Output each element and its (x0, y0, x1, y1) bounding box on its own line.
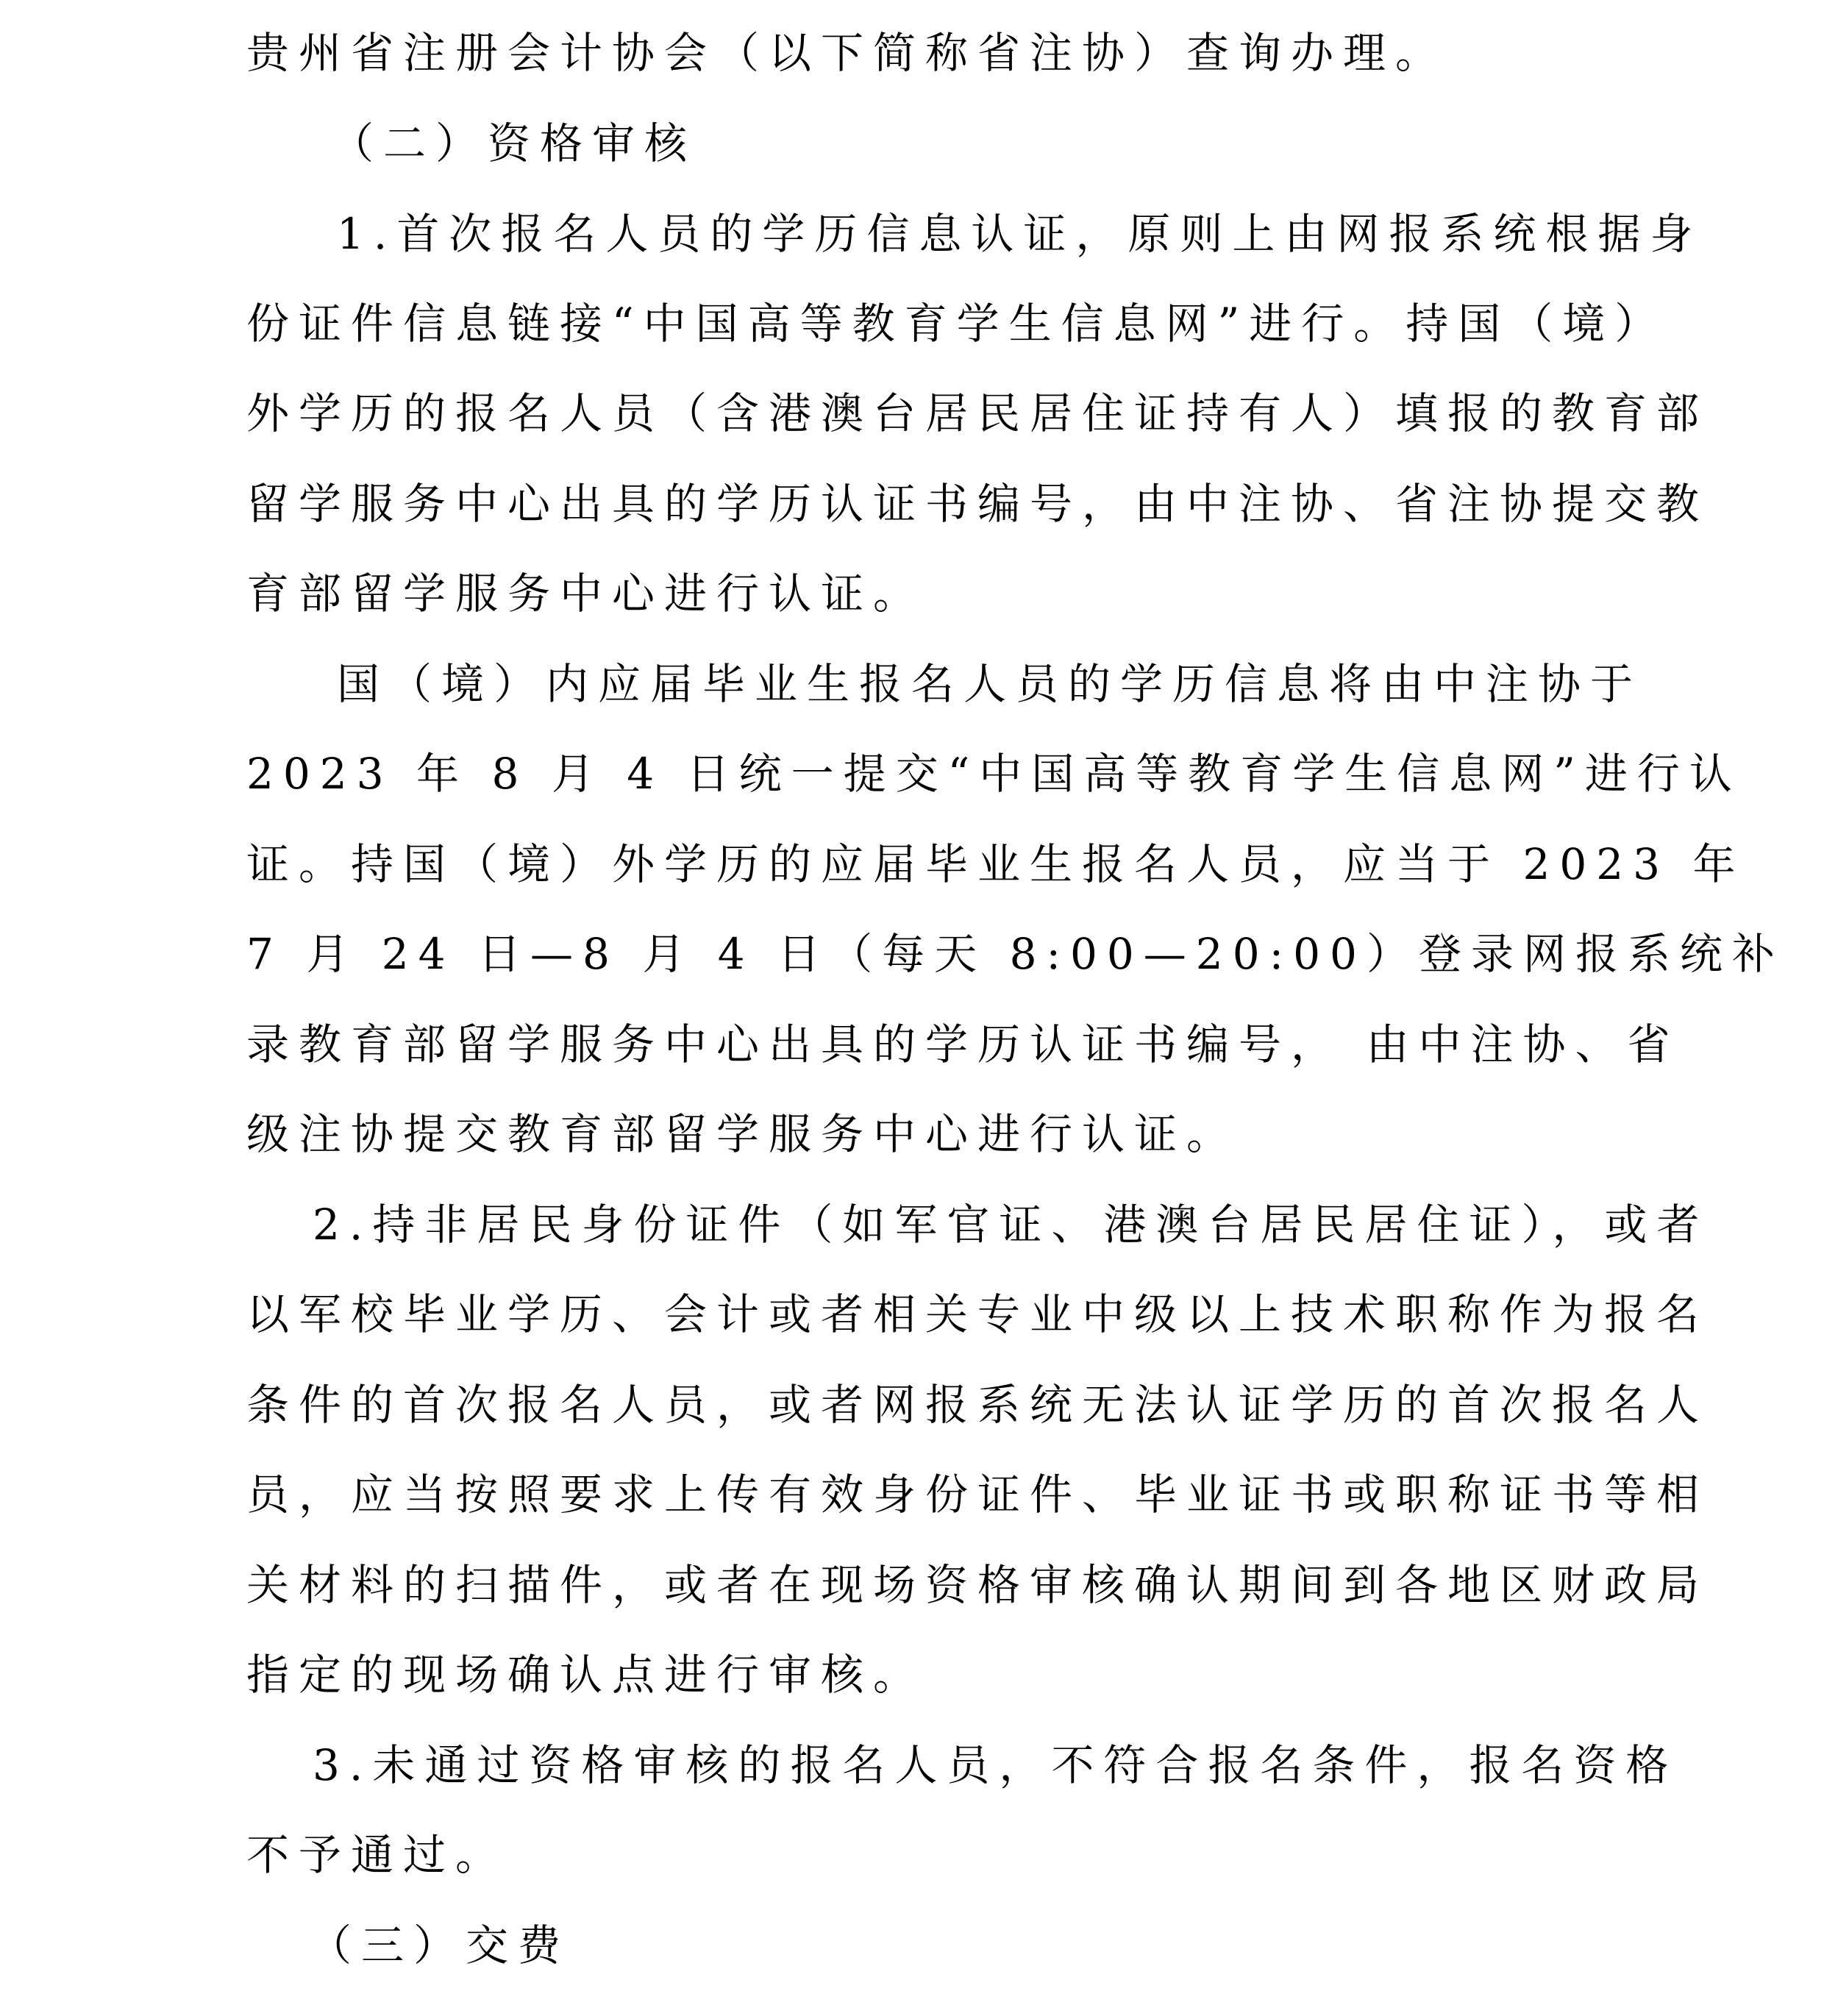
item-1-line-5: 育部留学服务中心进行认证。 (246, 557, 1596, 630)
graduates-para-line-4: 7 月 24 日—8 月 4 日（每天 8:00—20:00）登录网报系统补 (246, 917, 1596, 991)
section-heading-payment: （三）交费 (309, 1909, 1659, 1982)
graduates-para-line-5: 录教育部留学服务中心出具的学历认证书编号， 由中注协、省 (246, 1008, 1596, 1081)
item-3-line-2: 不予通过。 (246, 1818, 1596, 1892)
graduates-para-line-1: 国（境）内应届毕业生报名人员的学历信息将由中注协于 (337, 647, 1596, 721)
item-2-line-3: 条件的首次报名人员，或者网报系统无法认证学历的首次报名人 (246, 1368, 1596, 1442)
graduates-para-line-3: 证。持国（境）外学历的应届毕业生报名人员，应当于 2023 年 (246, 827, 1596, 901)
item-1-line-1: 1.首次报名人员的学历信息认证，原则上由网报系统根据身 (337, 197, 1596, 271)
item-3-line-1: 3.未通过资格审核的报名人员，不符合报名条件，报名资格 (313, 1728, 1596, 1802)
graduates-para-line-2: 2023 年 8 月 4 日统一提交“中国高等教育学生信息网”进行认 (246, 737, 1596, 811)
item-1-line-3: 外学历的报名人员（含港澳台居民居住证持有人）填报的教育部 (246, 377, 1596, 450)
item-2-line-1: 2.持非居民身份证件（如军官证、港澳台居民居住证），或者 (313, 1188, 1596, 1261)
section-heading-qualification-review: （二）资格审核 (331, 107, 1681, 180)
item-1-line-4: 留学服务中心出具的学历认证书编号，由中注协、省注协提交教 (246, 467, 1596, 541)
item-1-line-2: 份证件信息链接“中国高等教育学生信息网”进行。持国（境） (246, 287, 1596, 360)
text-line-continuation: 贵州省注册会计协会（以下简称省注协）查询办理。 (246, 16, 1596, 90)
item-2-line-4: 员，应当按照要求上传有效身份证件、毕业证书或职称证书等相 (246, 1458, 1596, 1531)
item-2-line-5: 关材料的扫描件，或者在现场资格审核确认期间到各地区财政局 (246, 1548, 1596, 1622)
document-page: 贵州省注册会计协会（以下简称省注协）查询办理。 （二）资格审核 1.首次报名人员… (0, 0, 1824, 2016)
graduates-para-line-6: 级注协提交教育部留学服务中心进行认证。 (246, 1097, 1596, 1171)
item-2-line-6: 指定的现场确认点进行审核。 (246, 1638, 1596, 1712)
item-2-line-2: 以军校毕业学历、会计或者相关专业中级以上技术职称作为报名 (246, 1278, 1596, 1351)
